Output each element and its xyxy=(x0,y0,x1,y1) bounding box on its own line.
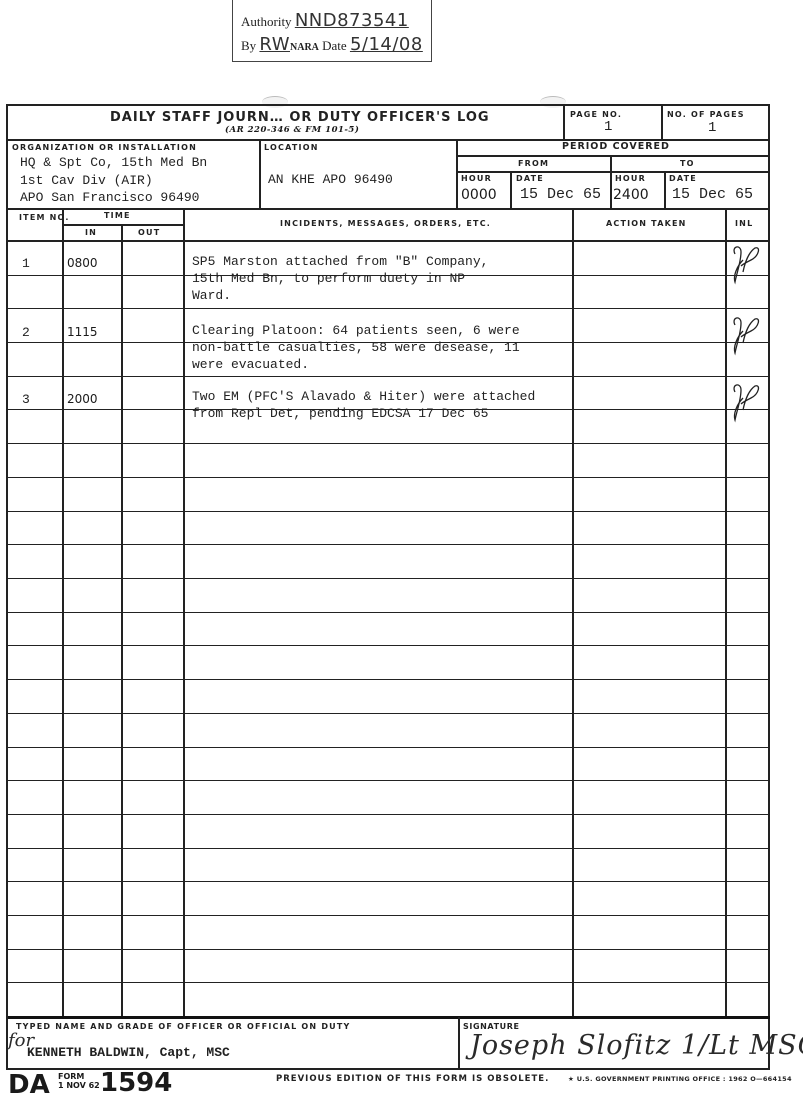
table-row-line xyxy=(8,848,770,849)
period-covered-label: PERIOD COVERED xyxy=(562,141,670,152)
table-row-line xyxy=(8,713,770,714)
divider xyxy=(610,156,612,208)
no-of-pages-label: NO. OF PAGES xyxy=(667,110,745,119)
table-row-line xyxy=(8,679,770,680)
from-hour-value: 0000 xyxy=(461,187,497,203)
to-date-value: 15 Dec 65 xyxy=(672,186,753,203)
form-prefix: DA xyxy=(8,1070,50,1100)
page-no-value: 1 xyxy=(604,119,612,135)
from-date-value: 15 Dec 65 xyxy=(520,186,601,203)
divider xyxy=(664,172,666,208)
table-row-line xyxy=(8,308,770,309)
by-value: RW xyxy=(259,34,290,55)
column-divider xyxy=(121,225,123,1016)
table-row-line xyxy=(8,612,770,613)
divider xyxy=(510,172,512,208)
entry-2-line-3: were evacuated. xyxy=(192,357,309,372)
time-out-header: OUT xyxy=(138,228,160,237)
divider xyxy=(563,106,565,139)
entry-2-item: 2 xyxy=(22,325,30,340)
table-row-line xyxy=(8,982,770,983)
organization-label: ORGANIZATION OR INSTALLATION xyxy=(12,143,197,152)
organization-line-1: HQ & Spt Co, 15th Med Bn xyxy=(20,155,207,170)
divider xyxy=(458,1017,460,1069)
authority-line: Authority NND873541 xyxy=(241,10,409,31)
form-label: FORM 1 NOV 62 xyxy=(58,1072,100,1090)
table-row-line xyxy=(8,511,770,512)
entry-1-item: 1 xyxy=(22,256,30,271)
from-hour-label: HOUR xyxy=(461,174,492,183)
action-taken-header: ACTION TAKEN xyxy=(606,219,687,228)
entry-1-initials-icon xyxy=(727,242,763,286)
divider xyxy=(456,139,458,208)
authority-label: Authority xyxy=(241,14,292,29)
to-date-label: DATE xyxy=(669,174,697,183)
inl-header: INL xyxy=(735,219,753,228)
printing-office-notice: ★ U.S. GOVERNMENT PRINTING OFFICE : 1962… xyxy=(568,1075,792,1083)
divider xyxy=(457,171,770,173)
entry-3-line-1: Two EM (PFC'S Alavado & Hiter) were atta… xyxy=(192,389,535,404)
entry-1-line-3: Ward. xyxy=(192,288,231,303)
table-row-line xyxy=(8,780,770,781)
form-label-line-1: FORM xyxy=(58,1072,100,1081)
typed-name-label: TYPED NAME AND GRADE OF OFFICER OR OFFIC… xyxy=(16,1022,351,1031)
entry-2-line-1: Clearing Platoon: 64 patients seen, 6 we… xyxy=(192,323,520,338)
table-row-line xyxy=(8,814,770,815)
from-label: FROM xyxy=(518,159,549,168)
form-label-line-2: 1 NOV 62 xyxy=(58,1081,100,1090)
table-row-line xyxy=(8,747,770,748)
entry-1-line-2: 15th Med Bn, to perform duety in NP xyxy=(192,271,465,286)
by-label: By xyxy=(241,38,256,53)
entry-3-item: 3 xyxy=(22,392,30,407)
divider xyxy=(8,208,770,210)
time-in-header: IN xyxy=(85,228,97,237)
to-hour-label: HOUR xyxy=(615,174,646,183)
table-row-line xyxy=(8,949,770,950)
form-subtitle: (AR 220-346 & FM 101-5) xyxy=(225,125,359,135)
authority-value: NND873541 xyxy=(295,10,409,31)
to-label: TO xyxy=(680,159,695,168)
entry-3-line-2: from Repl Det, pending EDCSA 17 Dec 65 xyxy=(192,406,488,421)
organization-line-3: APO San Francisco 96490 xyxy=(20,190,199,205)
typed-name-value: KENNETH BALDWIN, Capt, MSC xyxy=(27,1045,230,1060)
page-no-label: PAGE NO. xyxy=(570,110,622,119)
date-value: 5/14/08 xyxy=(350,34,423,55)
entry-2-initials-icon xyxy=(727,313,763,357)
form-number: 1594 xyxy=(100,1068,172,1098)
signature-value: Joseph Slofitz 1/Lt MSC xyxy=(470,1030,803,1061)
to-hour-value: 2400 xyxy=(613,187,649,203)
entry-1-line-1: SP5 Marston attached from "B" Company, xyxy=(192,254,488,269)
incidents-header: INCIDENTS, MESSAGES, ORDERS, ETC. xyxy=(280,219,491,228)
time-header: TIME xyxy=(104,211,131,220)
location-label: LOCATION xyxy=(264,143,319,152)
by-line: By RWNARA Date 5/14/08 xyxy=(241,34,423,55)
divider xyxy=(259,139,261,208)
form-title: DAILY STAFF JOURN… OR DUTY OFFICER'S LOG xyxy=(110,110,490,125)
previous-edition-notice: PREVIOUS EDITION OF THIS FORM IS OBSOLET… xyxy=(276,1074,549,1084)
location-value: AN KHE APO 96490 xyxy=(268,172,393,187)
divider xyxy=(661,106,663,139)
table-row-line xyxy=(8,477,770,478)
divider xyxy=(457,155,770,157)
table-row-line xyxy=(8,915,770,916)
entry-2-line-2: non-battle casualties, 58 were desease, … xyxy=(192,340,520,355)
no-of-pages-value: 1 xyxy=(708,120,716,136)
entry-1-time-in: 0800 xyxy=(67,256,98,270)
organization-line-2: 1st Cav Div (AIR) xyxy=(20,173,153,188)
entry-3-time-in: 2000 xyxy=(67,392,98,406)
entry-3-initials-icon xyxy=(727,380,763,424)
from-date-label: DATE xyxy=(516,174,544,183)
date-label: Date xyxy=(322,38,347,53)
nara-label: NARA xyxy=(290,42,319,53)
declassification-stamp: Authority NND873541 By RWNARA Date 5/14/… xyxy=(232,0,432,62)
table-row-line xyxy=(8,881,770,882)
divider xyxy=(8,1016,770,1019)
table-row-line xyxy=(8,443,770,444)
table-row-line xyxy=(8,376,770,377)
table-row-line xyxy=(8,544,770,545)
entry-2-time-in: 1115 xyxy=(67,325,98,339)
table-row-line xyxy=(8,645,770,646)
divider xyxy=(63,224,183,226)
table-row-line xyxy=(8,578,770,579)
